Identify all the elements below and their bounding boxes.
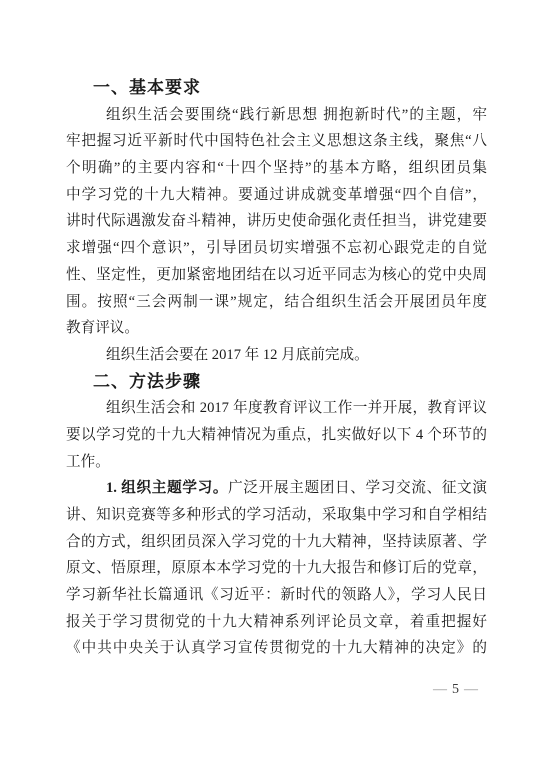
paragraph-line: 教育评议。 xyxy=(66,315,487,342)
page-number: —5— xyxy=(429,682,483,698)
numbered-item-title: 1. 组织主题学习。 xyxy=(106,480,228,496)
text-block: 一、基本要求 组织生活会要围绕“践行新思想 拥抱新时代”的主题，牢 牢把握习近平… xyxy=(66,75,487,662)
paragraph-line: 要以学习党的十九大精神情况为重点，扎实做好以下 4 个环节的 xyxy=(66,422,487,449)
paragraph-line: 报关于学习贯彻党的十九大精神系列评论员文章，着重把握好 xyxy=(66,609,487,636)
paragraph-line: 工作。 xyxy=(66,449,487,476)
paragraph-line: 讲、知识竞赛等多种形式的学习活动，采取集中学习和自学相结 xyxy=(66,502,487,529)
paragraph-line: 个明确”的主要内容和“十四个坚持”的基本方略，组织团员集 xyxy=(66,155,487,182)
paragraph-line: 1. 组织主题学习。广泛开展主题团日、学习交流、征文演 xyxy=(66,475,487,502)
paragraph-line: 原文、悟原理，原原本本学习党的十九大报告和修订后的党章， xyxy=(66,555,487,582)
paragraph-line: 性、坚定性，更加紧密地团结在以习近平同志为核心的党中央周 xyxy=(66,262,487,289)
paragraph-line: 组织生活会要在 2017 年 12 月底前完成。 xyxy=(66,342,487,369)
paragraph-line: 求增强“四个意识”，引导团员切实增强不忘初心跟党走的自觉 xyxy=(66,235,487,262)
section-heading-2: 二、方法步骤 xyxy=(93,369,487,396)
paragraph-line: 学习新华社长篇通讯《习近平：新时代的领路人》，学习人民日 xyxy=(66,582,487,609)
paragraph-text: 广泛开展主题团日、学习交流、征文演 xyxy=(228,480,487,496)
paragraph-line: 围。按照“三会两制一课”规定，结合组织生活会开展团员年度 xyxy=(66,289,487,316)
paragraph-line: 中学习党的十九大精神。要通过讲成就变革增强“四个自信”， xyxy=(66,182,487,209)
page-number-dash-left: — xyxy=(429,682,452,697)
paragraph-line: 组织生活会要围绕“践行新思想 拥抱新时代”的主题，牢 xyxy=(66,102,487,129)
paragraph-line: 组织生活会和 2017 年度教育评议工作一并开展，教育评议 xyxy=(66,395,487,422)
page-number-value: 5 xyxy=(452,682,460,697)
page-number-dash-right: — xyxy=(460,682,483,697)
paragraph-line: 合的方式，组织团员深入学习党的十九大精神，坚持读原著、学 xyxy=(66,529,487,556)
paragraph-line: 讲时代际遇激发奋斗精神，讲历史使命强化责任担当，讲党建要 xyxy=(66,208,487,235)
section-heading-1: 一、基本要求 xyxy=(93,75,487,102)
paragraph-line: 《中共中央关于认真学习宣传贯彻党的十九大精神的决定》的 xyxy=(66,635,487,662)
document-page: 一、基本要求 组织生活会要围绕“践行新思想 拥抱新时代”的主题，牢 牢把握习近平… xyxy=(0,0,551,763)
paragraph-line: 牢把握习近平新时代中国特色社会主义思想这条主线，聚焦“八 xyxy=(66,128,487,155)
